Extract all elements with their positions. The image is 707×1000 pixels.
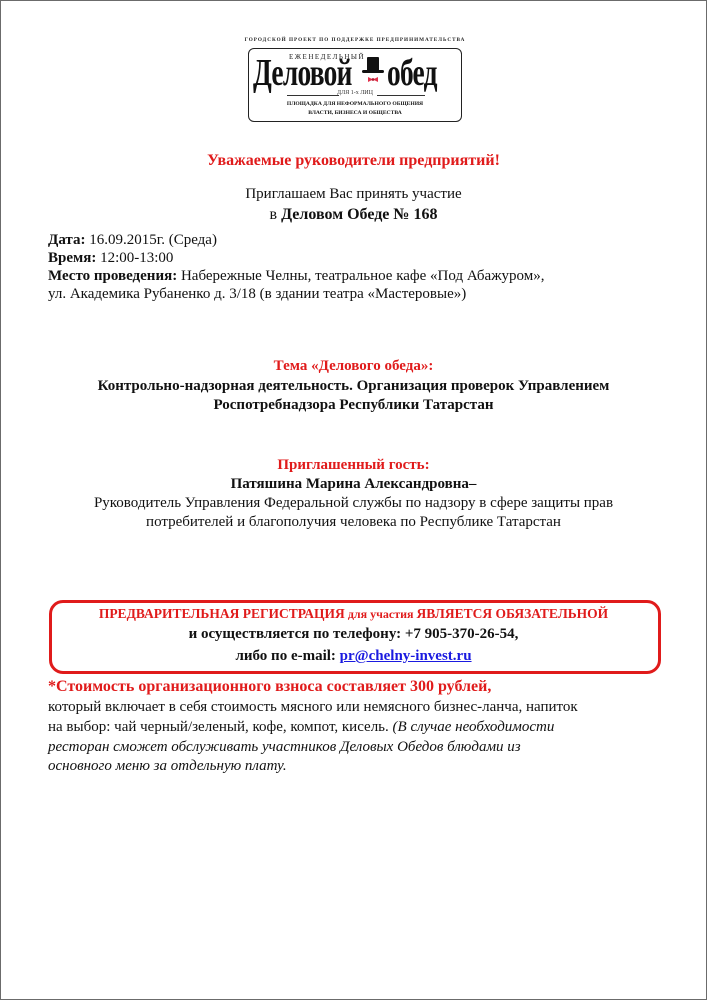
time-row: Время: 12:00-13:00 xyxy=(48,249,668,267)
logo-word-obed: обед xyxy=(387,53,437,93)
place-value: Набережные Челны, театральное кафе «Под … xyxy=(177,268,544,284)
fee-drinks: на выбор: чай черный/зеленый, кофе, комп… xyxy=(48,719,393,735)
invite-prefix: в xyxy=(270,206,282,223)
registration-for: для участия xyxy=(345,607,417,621)
time-value: 12:00-13:00 xyxy=(96,250,173,266)
fee-note-line-3: основного меню за отдельную плату. xyxy=(48,757,668,775)
registration-mandatory: ЯВЛЯЕТСЯ ОБЯЗАТЕЛЬНОЙ xyxy=(417,606,609,621)
time-label: Время: xyxy=(48,250,96,266)
fee-note-line-2: ресторан сможет обслуживать участников Д… xyxy=(48,738,668,756)
logo-tagline-2: ВЛАСТИ, БИЗНЕСА И ОБЩЕСТВА xyxy=(249,110,461,116)
date-value: 16.09.2015г. (Среда) xyxy=(85,232,216,248)
logo-subtitle: ДЛЯ 1-х ЛИЦ xyxy=(249,90,461,96)
place-address: ул. Академика Рубаненко д. 3/18 (в здани… xyxy=(48,285,668,303)
fee-heading: *Стоимость организационного взноса соста… xyxy=(48,677,668,696)
guest-heading: Приглашенный гость: xyxy=(0,456,707,474)
fee-line-2: на выбор: чай черный/зеленый, кофе, комп… xyxy=(48,718,668,736)
registration-required: ПРЕДВАРИТЕЛЬНАЯ РЕГИСТРАЦИЯ xyxy=(99,606,345,621)
logo-tagline-1: ПЛОЩАДКА ДЛЯ НЕФОРМАЛЬНОГО ОБЩЕНИЯ xyxy=(249,101,461,107)
guest-role-line-1: Руководитель Управления Федеральной служ… xyxy=(0,494,707,512)
place-label: Место проведения: xyxy=(48,268,177,284)
invite-line-2: в Деловом Обеде № 168 xyxy=(0,205,707,224)
guest-name: Патяшина Марина Александровна– xyxy=(0,475,707,493)
topic-line-1: Контрольно-надзорная деятельность. Орган… xyxy=(0,377,707,395)
fee-note-start: (В случае необходимости xyxy=(393,719,555,735)
greeting-heading: Уважаемые руководители предприятий! xyxy=(0,151,707,170)
date-label: Дата: xyxy=(48,232,85,248)
registration-phone: и осуществляется по телефону: +7 905-370… xyxy=(0,625,707,643)
event-name: Деловом Обеде № 168 xyxy=(281,206,437,223)
fee-line-1: который включает в себя стоимость мясног… xyxy=(48,698,668,716)
guest-role-line-2: потребителей и благополучия человека по … xyxy=(0,513,707,531)
registration-notice: ПРЕДВАРИТЕЛЬНАЯ РЕГИСТРАЦИЯ для участия … xyxy=(0,605,707,623)
email-link[interactable]: pr@chelny-invest.ru xyxy=(340,648,472,664)
invite-line-1: Приглашаем Вас принять участие xyxy=(0,185,707,203)
top-hat-bowtie-icon xyxy=(359,55,387,83)
topic-line-2: Роспотребнадзора Республики Татарстан xyxy=(0,396,707,414)
logo: ЕЖЕНЕДЕЛЬНЫЙ Деловой обед ДЛЯ 1-х ЛИЦ ПЛ… xyxy=(248,48,462,122)
logo-project-line: ГОРОДСКОЙ ПРОЕКТ ПО ПОДДЕРЖКЕ ПРЕДПРИНИМ… xyxy=(240,37,470,43)
place-row: Место проведения: Набережные Челны, теат… xyxy=(48,267,668,285)
logo-word-delovoy: Деловой xyxy=(253,53,352,93)
registration-email-row: либо по e-mail: pr@chelny-invest.ru xyxy=(0,647,707,665)
topic-heading: Тема «Делового обеда»: xyxy=(0,357,707,375)
email-prefix: либо по e-mail: xyxy=(235,648,339,664)
date-row: Дата: 16.09.2015г. (Среда) xyxy=(48,231,668,249)
